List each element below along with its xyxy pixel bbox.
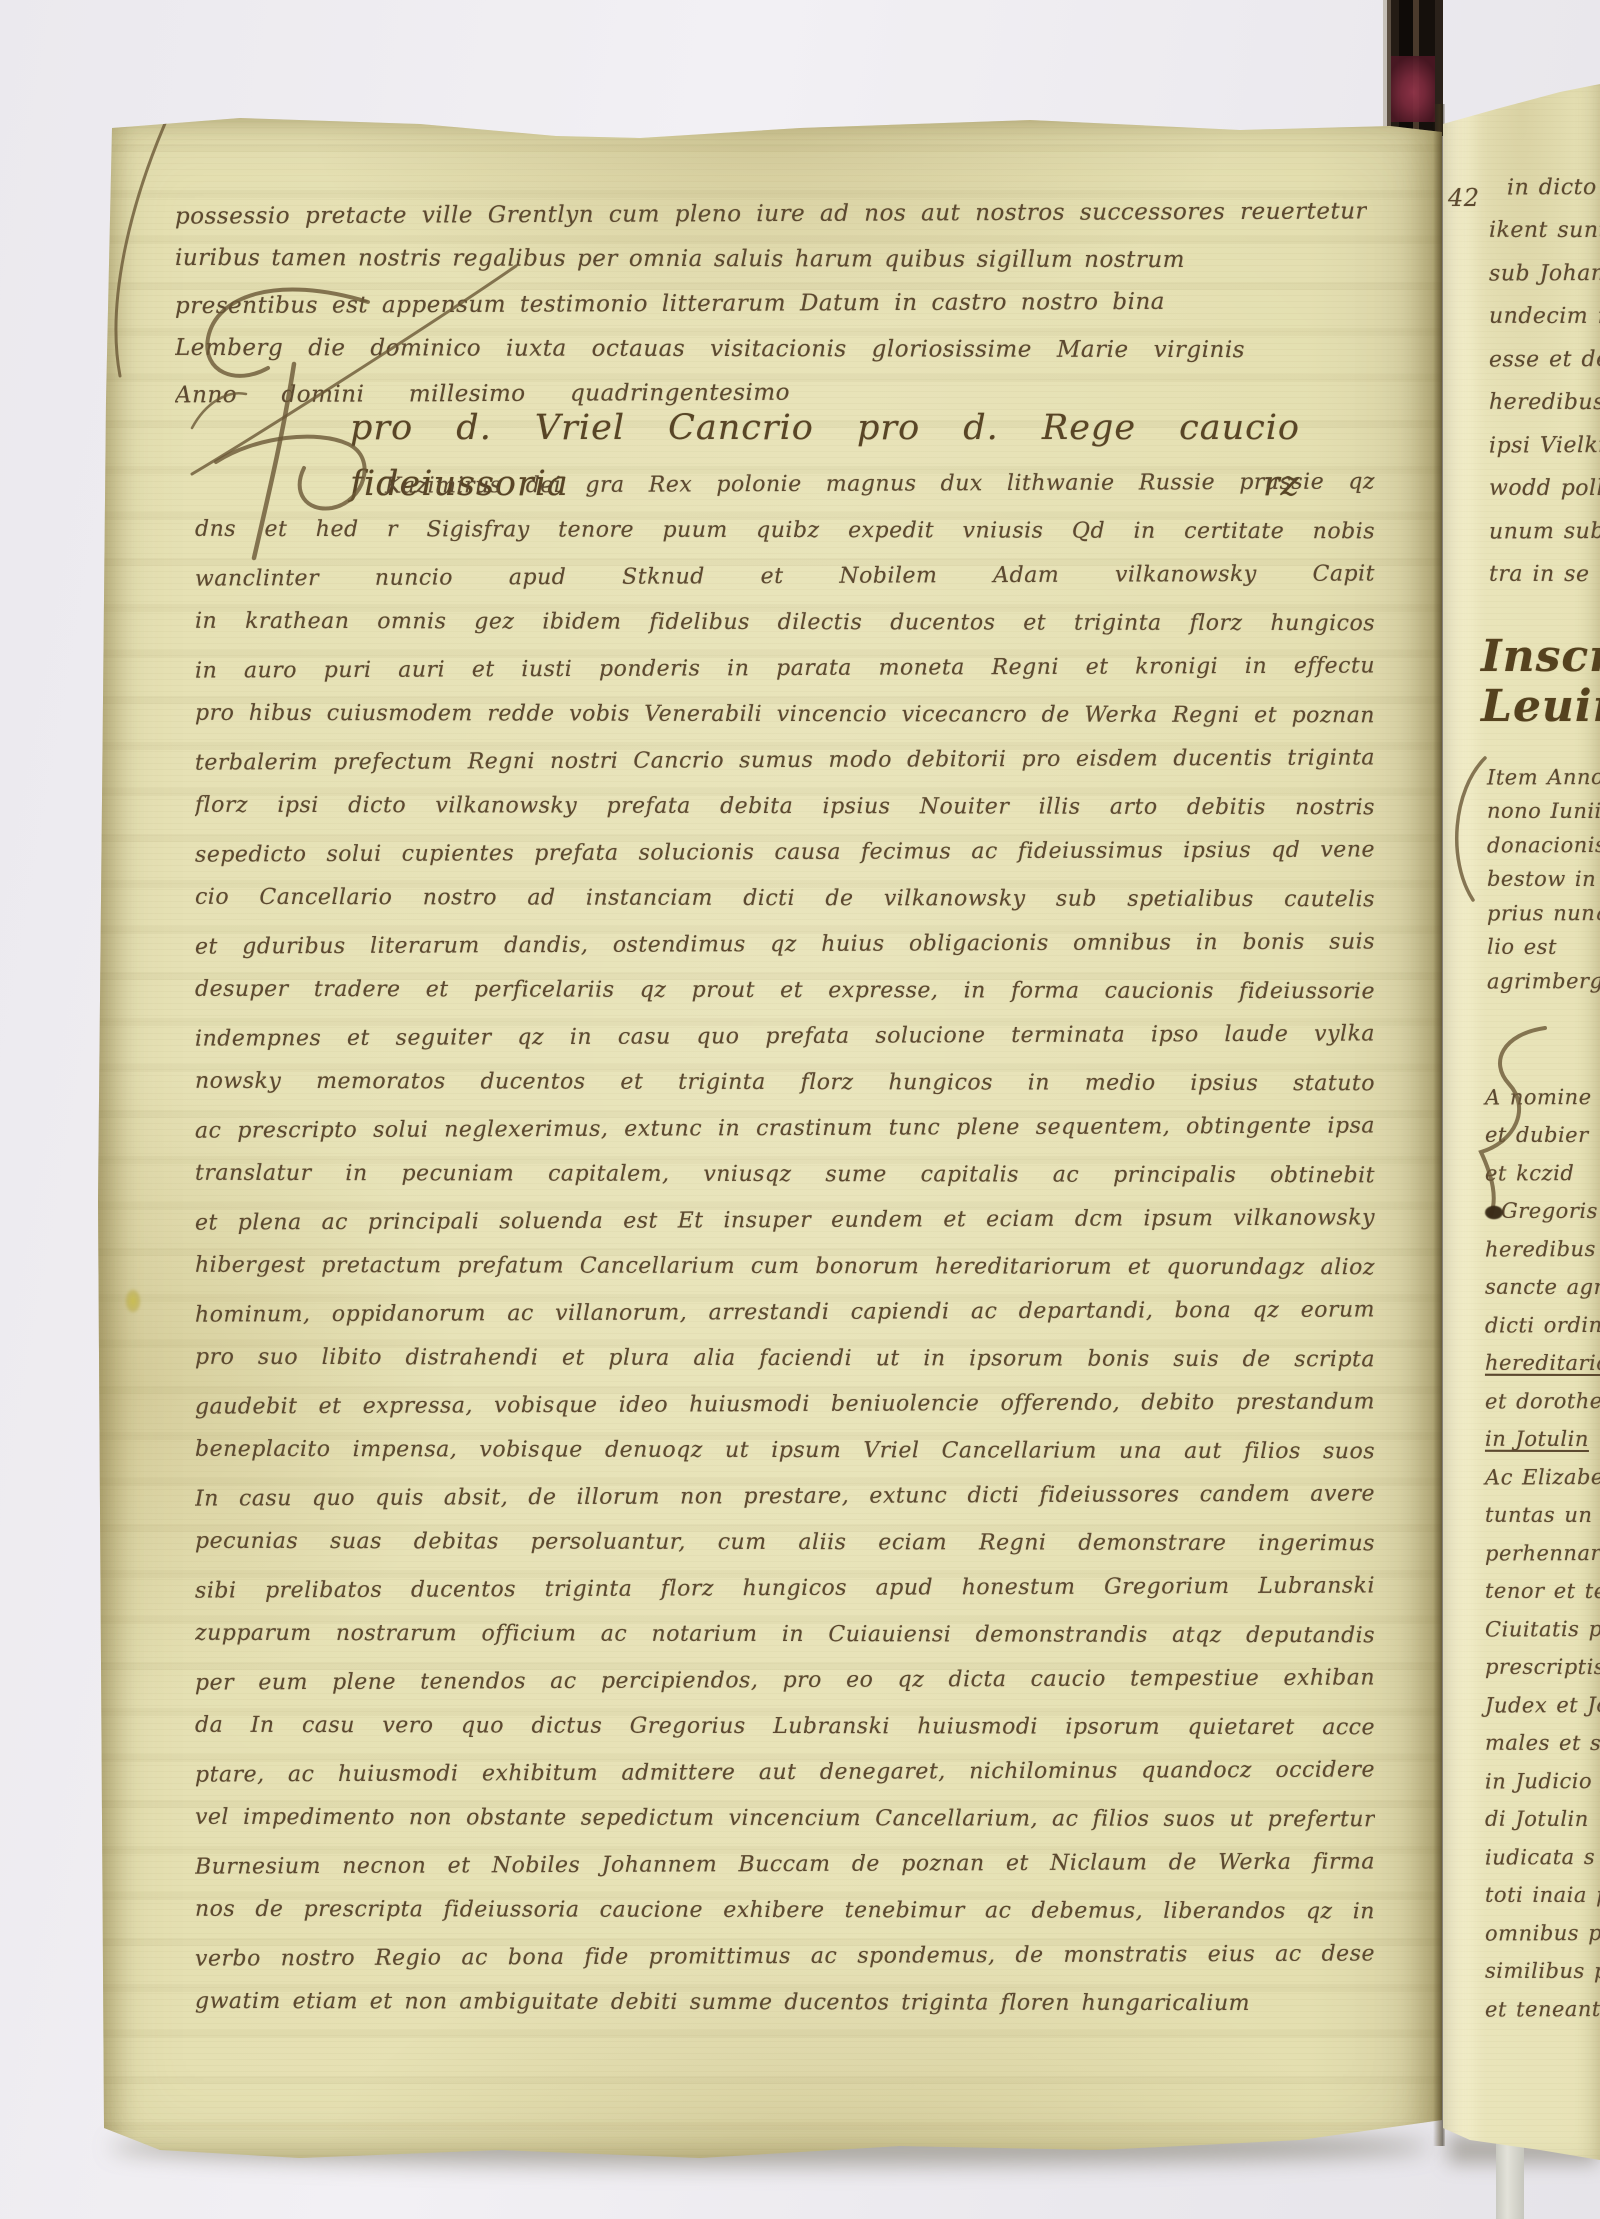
manuscript-line: sancte agnet <box>1485 1268 1600 1306</box>
section-heading-line: Inscrip <box>1481 632 1600 682</box>
manuscript-line: ac prescripto solui neglexerimus, extunc… <box>195 1103 1375 1154</box>
manuscript-line: Judex et Joh <box>1485 1686 1600 1725</box>
manuscript-line: translatur in pecuniam capitalem, vniusq… <box>195 1151 1375 1199</box>
manuscript-line: verbo nostro Regio ac bona fide promitti… <box>195 1931 1375 1982</box>
manuscript-line: agrimbergs <box>1487 964 1600 999</box>
right-page-item-fragments: Item Anno nono Iunii donacionis f bestow… <box>1487 760 1600 998</box>
manuscript-line: et plena ac principali soluenda est Et i… <box>195 1195 1375 1246</box>
manuscript-line: nowsky memoratos ducentos et triginta fl… <box>195 1059 1375 1107</box>
manuscript-line: tuntas un <box>1485 1496 1600 1534</box>
manuscript-line: et gduribus literarum dandis, ostendimus… <box>195 919 1375 970</box>
manuscript-line: undecim rg <box>1489 295 1600 338</box>
manuscript-line: in dicto loro pr <box>1489 165 1600 209</box>
manuscript-line: dicti ordinis <box>1485 1306 1600 1345</box>
manuscript-line: ipsi Vielki <box>1489 424 1600 468</box>
section-heading-line: Leuin <box>1481 682 1600 732</box>
manuscript-line: terbalerim prefectum Regni nostri Cancri… <box>195 735 1375 786</box>
manuscript-line: In casu quo quis absit, de illorum non p… <box>195 1471 1375 1522</box>
manuscript-line: iudicata s <box>1485 1838 1600 1877</box>
manuscript-line: pro suo libito distrahendi et plura alia… <box>195 1335 1375 1383</box>
manuscript-line: sub Johannis <box>1489 252 1600 296</box>
manuscript-line: prius nunqz <box>1487 896 1600 931</box>
manuscript-line: toti inaia pti <box>1485 1876 1600 1914</box>
manuscript-line: vel impedimento non obstante sepedictum … <box>195 1795 1375 1843</box>
section-heading: Inscrip Leuin <box>1481 632 1600 732</box>
manuscript-line: unum sub apce <box>1489 510 1600 554</box>
manuscript-line-underlined: in Jotulin <box>1485 1420 1600 1458</box>
manuscript-line: et teneantur. <box>1485 1990 1600 2029</box>
right-page-lower-fragments: A nomine q et dubier et kczid Gregoris h… <box>1485 1078 1600 2028</box>
manuscript-line: ptare, ac huiusmodi exhibitum admittere … <box>195 1747 1375 1798</box>
manuscript-line: wodd pollern <box>1489 467 1600 510</box>
right-manuscript-page: 42 in dicto loro pr ikent sunt w sub Joh… <box>1443 60 1600 2180</box>
manuscript-line: tenor et ten <box>1485 1572 1600 1610</box>
manuscript-line: prescriptis ut <box>1485 1648 1600 1686</box>
manuscript-line: perhennare <box>1485 1534 1600 1573</box>
manuscript-line: Item Anno <box>1487 760 1600 795</box>
manuscript-line: cio Cancellario nostro ad instanciam dic… <box>195 875 1375 923</box>
manuscript-line: tra in se <box>1489 553 1600 596</box>
manuscript-line: sibi prelibatos ducentos triginta florz … <box>195 1563 1375 1614</box>
right-page-top-fragments: in dicto loro pr ikent sunt w sub Johann… <box>1489 166 1600 596</box>
manuscript-line: gaudebit et expressa, vobisque ideo huiu… <box>195 1379 1375 1430</box>
manuscript-scan: possessio pretacte ville Grentlyn cum pl… <box>0 0 1600 2219</box>
manuscript-line: donacionis f <box>1487 828 1600 863</box>
bracket-flourish-icon <box>1443 750 1503 930</box>
folio-number: 42 <box>1448 184 1480 212</box>
manuscript-line: da In casu vero quo dictus Gregorius Lub… <box>195 1703 1375 1751</box>
manuscript-line: nos de prescripta fideiussoria caucione … <box>195 1887 1375 1935</box>
paper-stain <box>122 1284 144 1318</box>
manuscript-line: heredibus qu <box>1489 381 1600 424</box>
manuscript-line: heredibus <box>1485 1230 1600 1269</box>
manuscript-line: omnibus pertin <box>1485 1914 1600 1953</box>
initial-flourish-icon <box>96 106 696 726</box>
manuscript-line: gwatim etiam et non ambiguitate debiti s… <box>195 1979 1250 2027</box>
manuscript-line-underlined: hereditariorum <box>1485 1344 1600 1382</box>
manuscript-line: di Jotulin <box>1485 1800 1600 1838</box>
manuscript-line: florz ipsi dicto vilkanowsky prefata deb… <box>195 783 1375 831</box>
manuscript-line: ikent sunt w <box>1489 209 1600 252</box>
left-manuscript-page: possessio pretacte ville Grentlyn cum pl… <box>96 106 1442 2168</box>
manuscript-line: similibus pmitus <box>1485 1952 1600 1990</box>
manuscript-line: nono Iunii <box>1487 794 1600 828</box>
manuscript-line: pecunias suas debitas persoluantur, cum … <box>195 1519 1375 1567</box>
manuscript-line: Ac Elizabeth <box>1485 1458 1600 1497</box>
manuscript-line: et dorothean <box>1485 1382 1600 1421</box>
ribbon-bookmark-icon <box>1391 56 1435 122</box>
manuscript-line: desuper tradere et perficelariis qz prou… <box>195 967 1375 1015</box>
manuscript-line: in Judicio fact <box>1485 1762 1600 1801</box>
manuscript-line: zupparum nostrarum officium ac notarium … <box>195 1611 1375 1659</box>
manuscript-line: Ciuitatis pt <box>1485 1610 1600 1649</box>
manuscript-line: lio est <box>1487 930 1600 964</box>
manuscript-line: beneplacito impensa, vobisque denuoqz ut… <box>195 1427 1375 1475</box>
manuscript-line: males et s <box>1485 1724 1600 1762</box>
manuscript-line: bestow in h <box>1487 862 1600 896</box>
manuscript-line: sepedicto solui cupientes prefata soluci… <box>195 827 1375 878</box>
manuscript-line: esse et debeb <box>1489 338 1600 382</box>
ink-blot <box>1485 1206 1502 1219</box>
manuscript-line: indempnes et seguiter qz in casu quo pre… <box>195 1011 1375 1062</box>
manuscript-line: per eum plene tenendos ac percipiendos, … <box>195 1655 1375 1706</box>
manuscript-line: Burnesium necnon et Nobiles Johannem Buc… <box>195 1839 1375 1890</box>
manuscript-line: hominum, oppidanorum ac villanorum, arre… <box>195 1287 1375 1338</box>
paraph-flourish-icon <box>1453 1010 1563 1220</box>
manuscript-line: hibergest pretactum prefatum Cancellariu… <box>195 1243 1375 1291</box>
